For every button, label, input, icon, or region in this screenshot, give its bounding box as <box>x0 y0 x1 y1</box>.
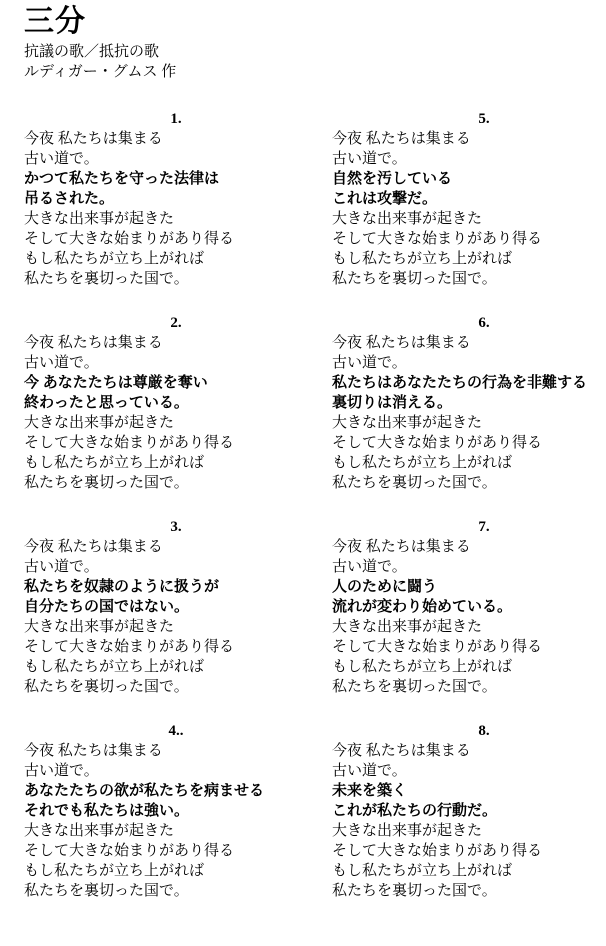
verse-number: 2. <box>24 313 328 333</box>
verse-line: 大きな出来事が起きた <box>332 617 606 637</box>
verse-line: 私たちを裏切った国で。 <box>24 269 328 289</box>
verse-line: 今夜 私たちは集まる <box>24 129 328 149</box>
verse-line: 私たちを裏切った国で。 <box>332 473 606 493</box>
verse-line: それでも私たちは強い。 <box>24 801 328 821</box>
subtitle-song-type: 抗議の歌／抵抗の歌 <box>24 42 176 62</box>
verse-line: 古い道で。 <box>24 353 328 373</box>
verse-line: 大きな出来事が起きた <box>332 821 606 841</box>
verse-line: 今夜 私たちは集まる <box>332 741 606 761</box>
verse-line: 大きな出来事が起きた <box>24 821 328 841</box>
document-page: 三分 抗議の歌／抵抗の歌 ルディガー・グムス 作 1. 今夜 私たちは集まる 古… <box>0 0 606 946</box>
verse-line: 吊るされた。 <box>24 189 328 209</box>
verse-line: 自然を汚している <box>332 169 606 189</box>
verse-line: もし私たちが立ち上がれば <box>332 657 606 677</box>
verse-line: そして大きな始まりがあり得る <box>24 841 328 861</box>
verse-number: 5. <box>332 109 606 129</box>
verse-line: 私たちを裏切った国で。 <box>24 677 328 697</box>
verse-line: 古い道で。 <box>24 557 328 577</box>
verse-8: 8. 今夜 私たちは集まる 古い道で。 未来を築く これが私たちの行動だ。 大き… <box>332 721 606 901</box>
verse-line: そして大きな始まりがあり得る <box>24 637 328 657</box>
verse-line: 古い道で。 <box>24 761 328 781</box>
verse-7: 7. 今夜 私たちは集まる 古い道で。 人のために闘う 流れが変わり始めている。… <box>332 517 606 697</box>
verse-line: もし私たちが立ち上がれば <box>24 861 328 881</box>
verse-line: 未来を築く <box>332 781 606 801</box>
verse-3: 3. 今夜 私たちは集まる 古い道で。 私たちを奴隷のように扱うが 自分たちの国… <box>24 517 328 697</box>
verse-line: 自分たちの国ではない。 <box>24 597 328 617</box>
verse-line: そして大きな始まりがあり得る <box>24 229 328 249</box>
verse-6: 6. 今夜 私たちは集まる 古い道で。 私たちはあなたたちの行為を非難する 裏切… <box>332 313 606 493</box>
verse-line: 流れが変わり始めている。 <box>332 597 606 617</box>
verse-line: そして大きな始まりがあり得る <box>24 433 328 453</box>
verse-line: 終わったと思っている。 <box>24 393 328 413</box>
verse-number: 8. <box>332 721 606 741</box>
verse-1: 1. 今夜 私たちは集まる 古い道で。 かつて私たちを守った法律は 吊るされた。… <box>24 109 328 289</box>
verse-line: もし私たちが立ち上がれば <box>24 249 328 269</box>
verse-line: そして大きな始まりがあり得る <box>332 229 606 249</box>
verse-line: 人のために闘う <box>332 577 606 597</box>
verse-line: あなたたちの欲が私たちを病ませる <box>24 781 328 801</box>
verse-line: もし私たちが立ち上がれば <box>24 657 328 677</box>
verse-line: 私たちを裏切った国で。 <box>332 677 606 697</box>
verse-line: 今夜 私たちは集まる <box>332 537 606 557</box>
verse-line: 今夜 私たちは集まる <box>332 129 606 149</box>
verse-line: 裏切りは消える。 <box>332 393 606 413</box>
document-header: 三分 抗議の歌／抵抗の歌 ルディガー・グムス 作 <box>24 0 176 82</box>
verse-line: もし私たちが立ち上がれば <box>24 453 328 473</box>
subtitle-author: ルディガー・グムス 作 <box>24 62 176 82</box>
verse-line: 私たちを裏切った国で。 <box>332 269 606 289</box>
verse-number: 1. <box>24 109 328 129</box>
verse-line: 私たちを裏切った国で。 <box>24 473 328 493</box>
verse-number: 7. <box>332 517 606 537</box>
verse-line: 古い道で。 <box>332 353 606 373</box>
verse-line: 古い道で。 <box>332 149 606 169</box>
verse-line: 私たちはあなたたちの行為を非難する <box>332 373 606 393</box>
verse-line: 古い道で。 <box>24 149 328 169</box>
verse-line: かつて私たちを守った法律は <box>24 169 328 189</box>
verse-5: 5. 今夜 私たちは集まる 古い道で。 自然を汚している これは攻撃だ。 大きな… <box>332 109 606 289</box>
verse-line: そして大きな始まりがあり得る <box>332 433 606 453</box>
verse-line: 今夜 私たちは集まる <box>332 333 606 353</box>
page-title: 三分 <box>24 3 176 41</box>
verse-line: 大きな出来事が起きた <box>24 617 328 637</box>
verse-line: 大きな出来事が起きた <box>24 209 328 229</box>
verse-number: 3. <box>24 517 328 537</box>
verse-line: 私たちを奴隷のように扱うが <box>24 577 328 597</box>
verse-line: 今夜 私たちは集まる <box>24 741 328 761</box>
verse-line: 今夜 私たちは集まる <box>24 537 328 557</box>
verse-line: そして大きな始まりがあり得る <box>332 637 606 657</box>
verse-line: これが私たちの行動だ。 <box>332 801 606 821</box>
verse-line: そして大きな始まりがあり得る <box>332 841 606 861</box>
column-left: 1. 今夜 私たちは集まる 古い道で。 かつて私たちを守った法律は 吊るされた。… <box>24 109 328 925</box>
verse-number: 4.. <box>24 721 328 741</box>
column-right: 5. 今夜 私たちは集まる 古い道で。 自然を汚している これは攻撃だ。 大きな… <box>332 109 606 925</box>
verse-line: もし私たちが立ち上がれば <box>332 453 606 473</box>
verse-line: 大きな出来事が起きた <box>24 413 328 433</box>
verse-line: 古い道で。 <box>332 557 606 577</box>
verse-line: 大きな出来事が起きた <box>332 209 606 229</box>
verse-line: 大きな出来事が起きた <box>332 413 606 433</box>
verse-line: 今夜 私たちは集まる <box>24 333 328 353</box>
verse-number: 6. <box>332 313 606 333</box>
verse-line: これは攻撃だ。 <box>332 189 606 209</box>
verse-line: 私たちを裏切った国で。 <box>24 881 328 901</box>
verse-2: 2. 今夜 私たちは集まる 古い道で。 今 あなたたちは尊厳を奪い 終わったと思… <box>24 313 328 493</box>
verse-line: 今 あなたたちは尊厳を奪い <box>24 373 328 393</box>
verse-line: 古い道で。 <box>332 761 606 781</box>
verse-line: 私たちを裏切った国で。 <box>332 881 606 901</box>
verse-line: もし私たちが立ち上がれば <box>332 861 606 881</box>
verse-line: もし私たちが立ち上がれば <box>332 249 606 269</box>
verse-4: 4.. 今夜 私たちは集まる 古い道で。 あなたたちの欲が私たちを病ませる それ… <box>24 721 328 901</box>
